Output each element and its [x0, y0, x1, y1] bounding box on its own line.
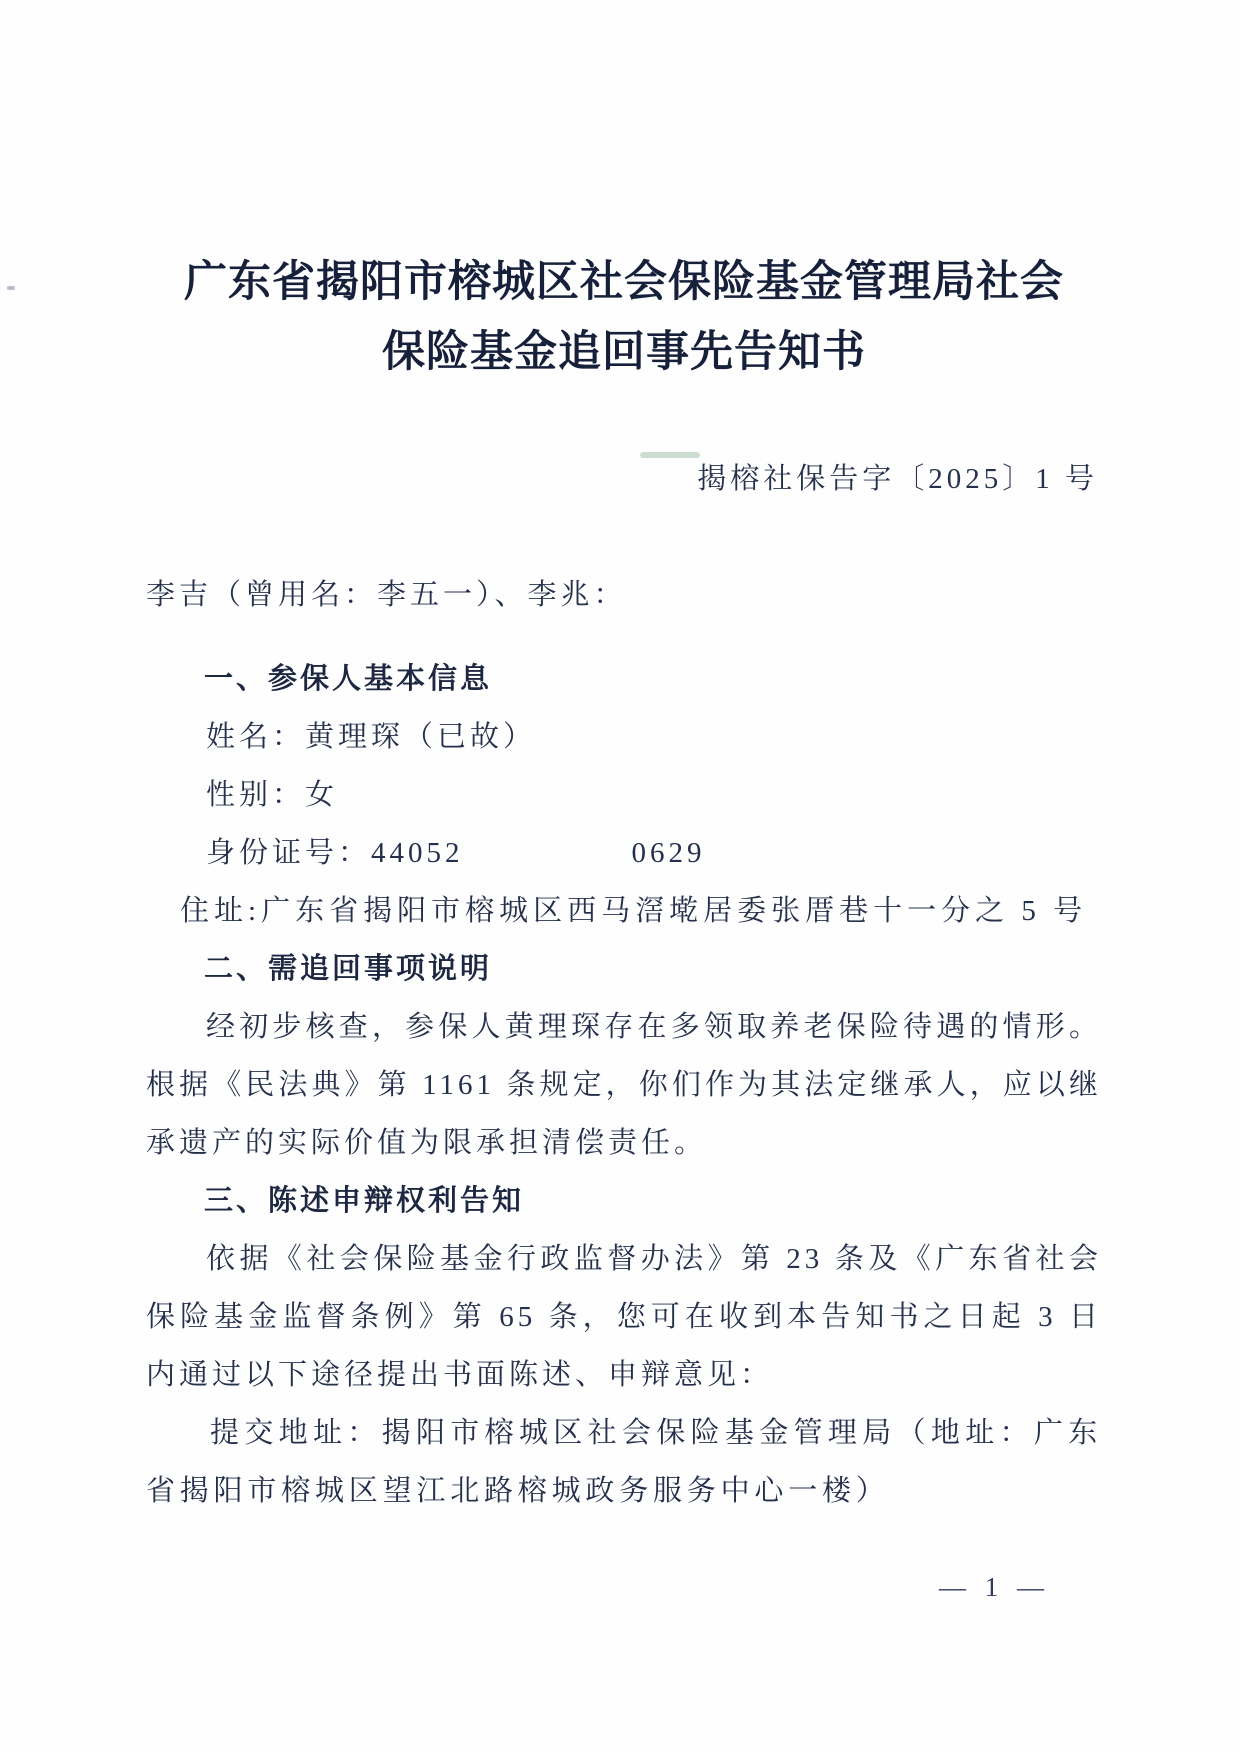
- field-gender: 性别：女: [146, 766, 1102, 824]
- section-statement-rights: 三、陈述申辩权利告知 依据《社会保险基金行政监督办法》第 23 条及《广东省社会…: [146, 1172, 1102, 1520]
- field-address-value: 广东省揭阳市榕城区西马滘墘居委张厝巷十一分之 5 号: [261, 895, 1087, 927]
- section1-heading: 一、参保人基本信息: [146, 650, 1102, 708]
- document-title-line-1: 广东省揭阳市榕城区社会保险基金管理局社会: [146, 248, 1102, 318]
- section-basic-info: 一、参保人基本信息 姓名：黄理琛（已故） 性别：女 身份证号：440520629…: [146, 650, 1102, 940]
- section3-heading: 三、陈述申辩权利告知: [146, 1172, 1102, 1230]
- section-recovery-explanation: 二、需追回事项说明 经初步核查，参保人黄理琛存在多领取养老保险待遇的情形。根据《…: [146, 940, 1102, 1172]
- field-address-label: 住址:: [180, 895, 261, 927]
- document-page: 广东省揭阳市榕城区社会保险基金管理局社会 保险基金追回事先告知书 揭榕社保告字〔…: [0, 0, 1240, 1752]
- document-content: 广东省揭阳市榕城区社会保险基金管理局社会 保险基金追回事先告知书 揭榕社保告字〔…: [146, 248, 1102, 1603]
- field-name-value: 黄理琛（已故）: [305, 721, 536, 753]
- section2-heading: 二、需追回事项说明: [146, 940, 1102, 998]
- document-number: 揭榕社保告字〔2025〕1 号: [146, 450, 1102, 508]
- field-id-label: 身份证号：: [206, 837, 371, 869]
- scan-artifact: [7, 286, 15, 290]
- field-name-label: 姓名：: [206, 721, 305, 753]
- field-name: 姓名：黄理琛（已故）: [146, 708, 1102, 766]
- document-title-line-2: 保险基金追回事先告知书: [146, 318, 1102, 388]
- section3-paragraph2: 提交地址：揭阳市榕城区社会保险基金管理局（地址：广东省揭阳市榕城区望江北路榕城政…: [146, 1404, 1102, 1520]
- field-gender-value: 女: [305, 779, 338, 811]
- section2-paragraph: 经初步核查，参保人黄理琛存在多领取养老保险待遇的情形。根据《民法典》第 1161…: [146, 998, 1102, 1172]
- field-address: 住址:广东省揭阳市榕城区西马滘墘居委张厝巷十一分之 5 号: [146, 882, 1102, 940]
- field-id-suffix: 0629: [632, 837, 706, 869]
- salutation: 李吉（曾用名：李五一）、李兆：: [146, 566, 1102, 624]
- field-gender-label: 性别：: [206, 779, 305, 811]
- field-id-number: 身份证号：440520629: [146, 824, 1102, 882]
- section3-paragraph1: 依据《社会保险基金行政监督办法》第 23 条及《广东省社会保险基金监督条例》第 …: [146, 1230, 1102, 1404]
- document-title: 广东省揭阳市榕城区社会保险基金管理局社会 保险基金追回事先告知书: [146, 248, 1102, 388]
- page-number: — 1 —: [146, 1572, 1102, 1603]
- field-id-prefix: 44052: [371, 837, 464, 869]
